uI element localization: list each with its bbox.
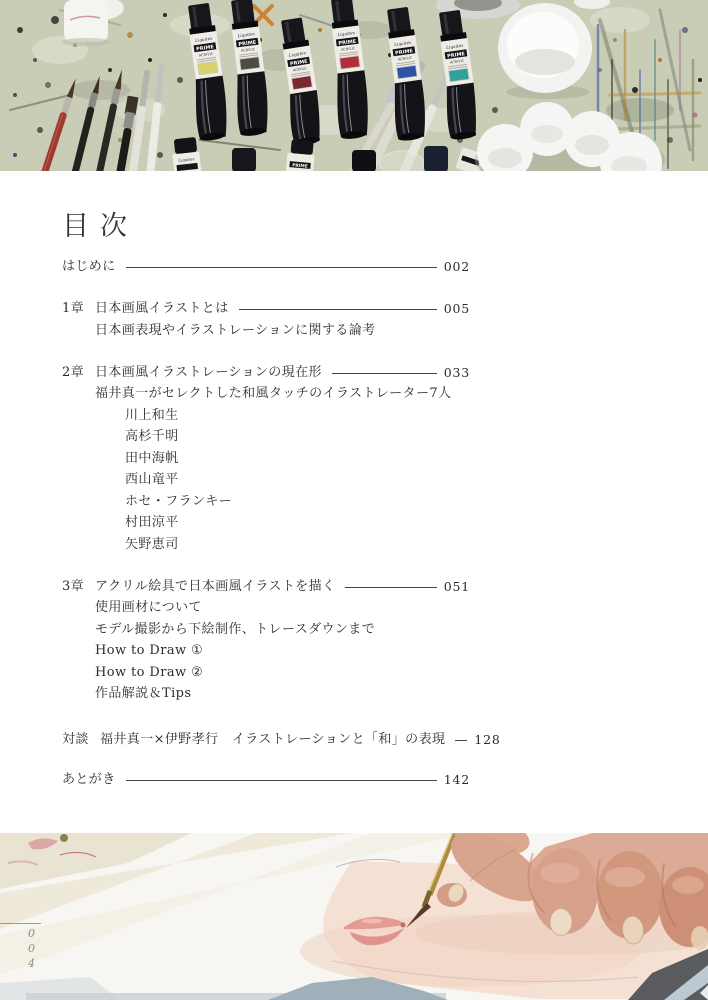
- folio-page-number: 004: [25, 927, 38, 972]
- toc-entry-label: はじめに: [62, 258, 116, 276]
- toc-entry: 作品解説＆Tips: [62, 685, 470, 703]
- toc-entries: はじめに0021章日本画風イラストとは005日本画表現やイラストレーションに関す…: [62, 258, 470, 789]
- toc-entry-label: アクリル絵具で日本画風イラストを描く: [95, 578, 335, 596]
- toc-entry: 村田涼平: [62, 514, 470, 532]
- tube-color-swatch: [240, 57, 260, 70]
- toc-entry: 高杉千明: [62, 428, 470, 446]
- toc-entry: 使用画材について: [62, 599, 470, 617]
- toc-entry: ホセ・フランキー: [62, 493, 470, 511]
- toc-entry-label: 西山竜平: [125, 471, 179, 489]
- toc-entry-label: ホセ・フランキー: [125, 493, 232, 511]
- toc-page-number: 033: [444, 364, 470, 382]
- toc-entry-label: 使用画材について: [95, 599, 202, 617]
- toc-entry-label: 村田涼平: [125, 514, 179, 532]
- toc-page-number: 005: [444, 300, 470, 318]
- book-page: Liquitex PRIME ACRYLIC Liquitex PRIME AC…: [0, 0, 708, 1000]
- toc-entry: 川上和生: [62, 407, 470, 425]
- toc-leader-line: [455, 740, 467, 741]
- top-photo-illustration: Liquitex PRIME ACRYLIC Liquitex PRIME AC…: [0, 0, 708, 171]
- toc-entry: 矢野恵司: [62, 536, 470, 554]
- toc-entry: あとがき142: [62, 771, 470, 789]
- toc-entry-label: あとがき: [62, 771, 116, 789]
- toc-entry-label: How to Draw ①: [95, 642, 203, 660]
- bottom-photo-hand-painting: [0, 833, 708, 1000]
- toc-entry-number: 1章: [62, 300, 95, 318]
- folio-rule-line: [0, 923, 41, 924]
- toc-entry: はじめに002: [62, 258, 470, 276]
- toc-entry: How to Draw ②: [62, 664, 470, 682]
- toc-leader-line: [126, 267, 437, 268]
- toc-entry-number: 2章: [62, 364, 95, 382]
- tube-color-swatch: [340, 56, 360, 69]
- toc-entry-label: 福井真一×伊野孝行 イラストレーションと「和」の表現: [100, 731, 445, 749]
- toc-entry-label: 田中海帆: [125, 450, 179, 468]
- toc-entry-label: How to Draw ②: [95, 664, 203, 682]
- toc-leader-line: [345, 587, 436, 588]
- toc-entry-label: 日本画風イラストとは: [95, 300, 229, 318]
- tube-color-swatch: [198, 61, 218, 75]
- tube-color-swatch: [449, 68, 469, 82]
- top-photo-paint-tubes: Liquitex PRIME ACRYLIC Liquitex PRIME AC…: [0, 0, 708, 171]
- toc-entry: 田中海帆: [62, 450, 470, 468]
- toc-leader-line: [332, 373, 437, 374]
- toc-entry: 日本画表現やイラストレーションに関する論考: [62, 322, 470, 340]
- tube-color-swatch: [397, 65, 417, 79]
- toc-leader-line: [239, 309, 437, 310]
- toc-entry-label: モデル撮影から下絵制作、トレースダウンまで: [95, 621, 375, 639]
- toc-entry: 1章日本画風イラストとは005: [62, 300, 470, 318]
- toc-entry-label: 福井真一がセレクトした和風タッチのイラストレーター7人: [95, 385, 451, 403]
- toc-entry: 2章日本画風イラストレーションの現在形033: [62, 364, 470, 382]
- toc-entry-label: 日本画表現やイラストレーションに関する論考: [95, 322, 376, 340]
- toc-entry: 福井真一がセレクトした和風タッチのイラストレーター7人: [62, 385, 470, 403]
- toc-entry: 対談福井真一×伊野孝行 イラストレーションと「和」の表現128: [62, 731, 470, 749]
- toc-entry-label: 高杉千明: [125, 428, 179, 446]
- toc-entry-number: 3章: [62, 578, 95, 596]
- toc-entry-label: 作品解説＆Tips: [95, 685, 191, 703]
- toc-page-number: 051: [444, 578, 470, 596]
- toc-entry-label: 日本画風イラストレーションの現在形: [95, 364, 322, 382]
- toc-entry: 西山竜平: [62, 471, 470, 489]
- folio: 004: [0, 923, 60, 983]
- toc-page-number: 002: [444, 258, 470, 276]
- bottom-photo-illustration: [0, 833, 708, 1000]
- toc-entry: 3章アクリル絵具で日本画風イラストを描く051: [62, 578, 470, 596]
- page-title: 目次: [62, 211, 470, 243]
- toc-entry: モデル撮影から下絵制作、トレースダウンまで: [62, 621, 470, 639]
- toc-entry-label: 川上和生: [125, 407, 179, 425]
- toc-entry-label: 矢野恵司: [125, 536, 179, 554]
- toc-leader-line: [126, 780, 437, 781]
- table-of-contents: 目次 はじめに0021章日本画風イラストとは005日本画表現やイラストレーション…: [62, 211, 470, 789]
- toc-page-number: 142: [444, 771, 470, 789]
- toc-entry-number: 対談: [62, 731, 100, 749]
- toc-page-number: 128: [474, 731, 500, 749]
- toc-entry: How to Draw ①: [62, 642, 470, 660]
